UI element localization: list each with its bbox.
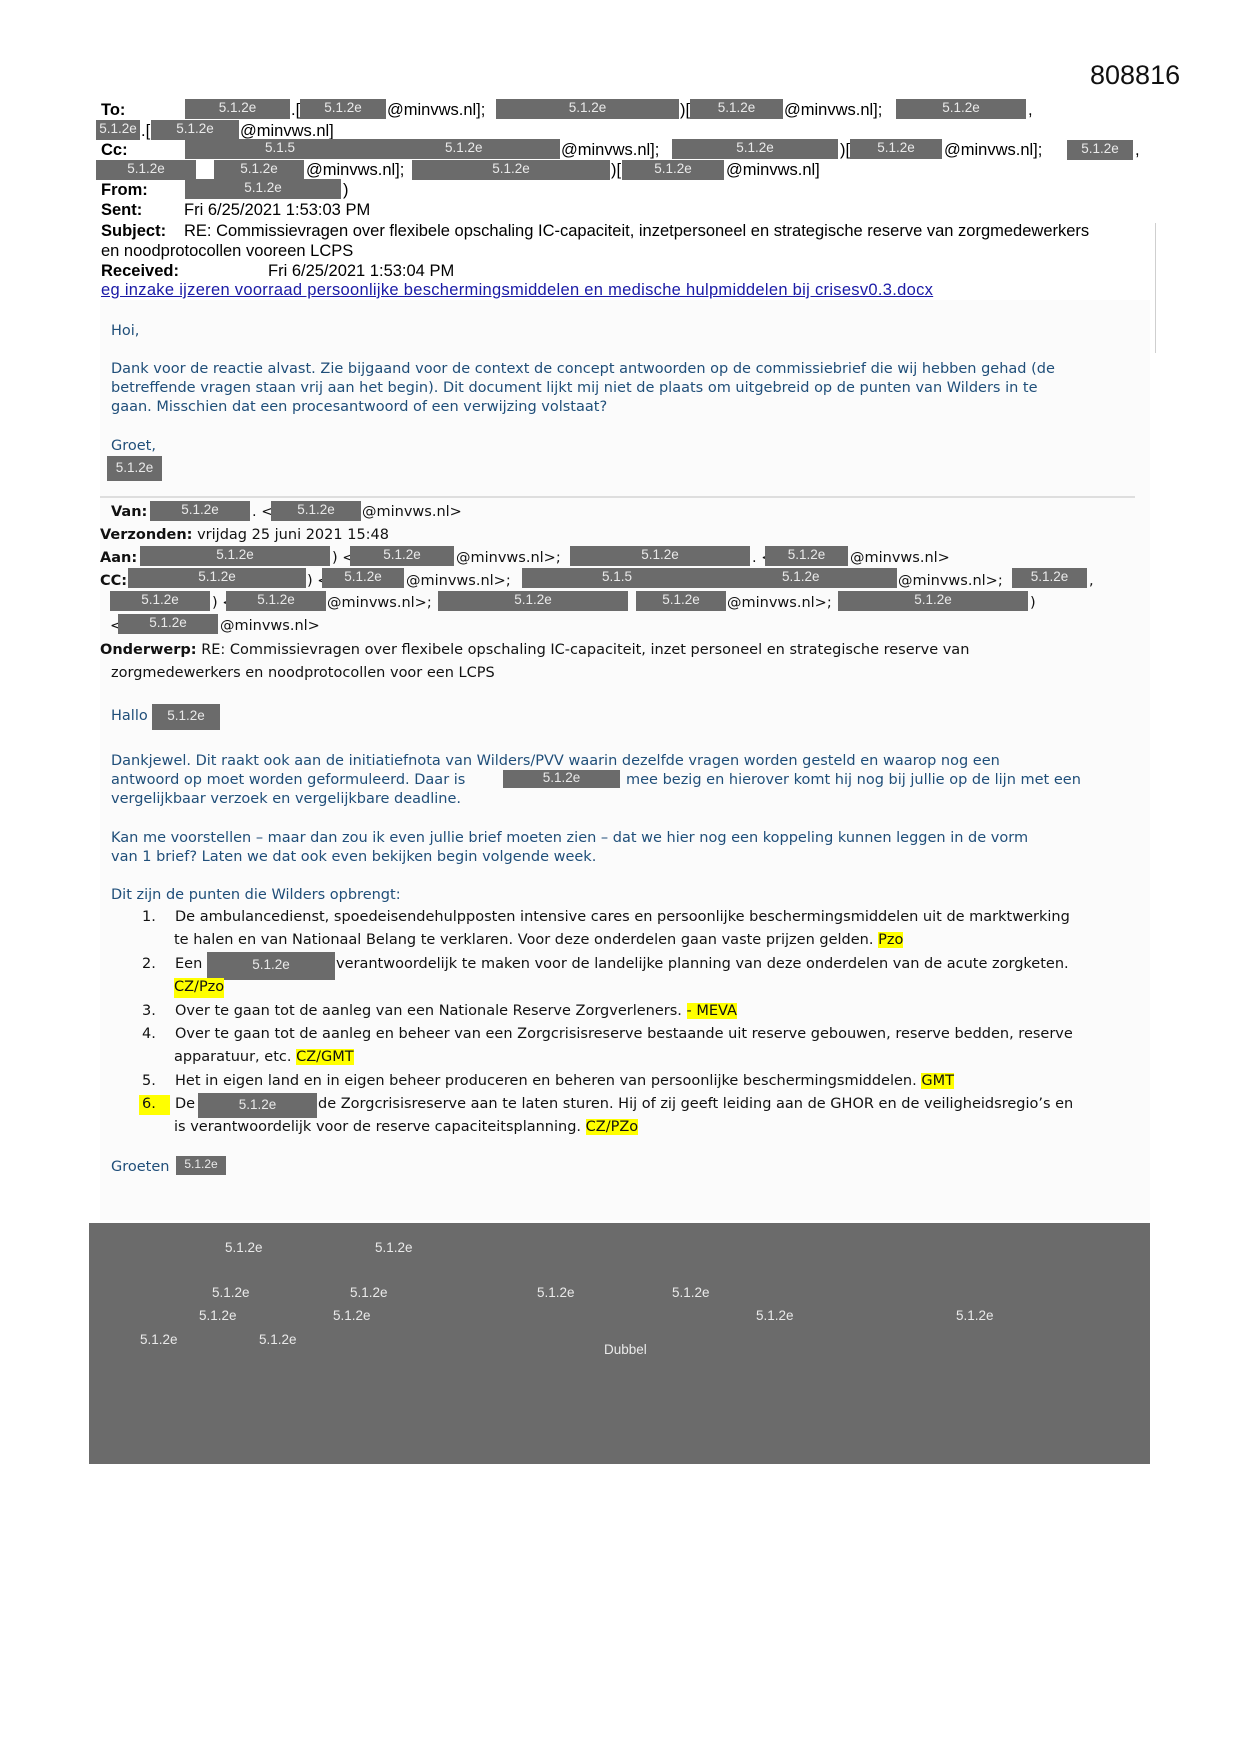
email-suffix: @minvws.nl] [240, 121, 334, 141]
email-suffix: @minvws.nl]; [561, 140, 659, 160]
email-suffix: @minvws.nl>; [727, 594, 832, 614]
van-label: Van: [111, 504, 147, 520]
assignment-tag: GMT [921, 1073, 954, 1089]
paragraph-line: gaan. Misschien dat een procesantwoord o… [111, 398, 607, 418]
list-item: is verantwoordelijk voor de reserve capa… [174, 1118, 638, 1138]
onderwerp-line-2: zorgmedewerkers en noodprotocollen voor … [111, 664, 495, 684]
redaction-label: 5.1.2e [259, 1332, 297, 1347]
email-suffix: @minvws.nl>; [406, 572, 511, 592]
list-item-line: De [175, 1095, 195, 1115]
sent-label: Sent: [101, 201, 142, 219]
email-suffix: @minvws.nl>; [327, 594, 432, 614]
redaction-label: 5.1.2e [537, 1285, 575, 1300]
verzonden-value: vrijdag 25 juni 2021 15:48 [197, 527, 389, 543]
redaction: 5.1.55.1.2e [522, 568, 897, 588]
list-item: apparatuur, etc. CZ/GMT [174, 1048, 354, 1068]
redaction: 5.1.2e [226, 591, 326, 611]
redaction: 5.1.2e [128, 568, 306, 588]
redaction: 5.1.2e [110, 591, 210, 611]
redaction: 5.1.2e [152, 704, 220, 730]
paragraph-line: van 1 brief? Laten we dat ook even bekij… [111, 848, 596, 868]
paragraph-line: vergelijkbaar verzoek en vergelijkbare d… [111, 790, 461, 810]
dubbel-label: Dubbel [604, 1342, 647, 1357]
list-number: 3. [142, 1002, 156, 1022]
from-label: From: [101, 181, 148, 199]
redaction: 5.1.2e [438, 591, 628, 611]
redaction-label: 5.1.2e [225, 1240, 263, 1255]
redaction: 5.1.2e [570, 546, 750, 566]
redaction: 5.1.2e [198, 1093, 317, 1118]
email-suffix: @minvws.nl> [850, 549, 950, 569]
paragraph-line: Kan me voorstellen – maar dan zou ik eve… [111, 829, 1028, 849]
email-suffix: @minvws.nl]; [784, 100, 882, 120]
redaction: 5.1.2e [96, 120, 140, 140]
paragraph-line: mee bezig en hierover komt hij nog bij j… [626, 771, 1081, 791]
paragraph-line: antwoord op moet worden geformuleerd. Da… [111, 771, 465, 791]
aan-label: Aan: [100, 550, 137, 566]
redaction: 5.1.2e [496, 99, 679, 119]
assignment-tag: CZ/GMT [296, 1049, 354, 1065]
cc-label: CC: [100, 573, 127, 589]
message-separator [100, 496, 1135, 498]
redaction: 5.1.2e [150, 501, 250, 521]
redaction: 5.1.2e [622, 160, 724, 180]
redaction: 5.1.2e [838, 591, 1028, 611]
received-value: Fri 6/25/2021 1:53:04 PM [268, 261, 454, 281]
redaction-label: 5.1.2e [672, 1285, 710, 1300]
redaction: 5.1.2e [636, 591, 726, 611]
to-row: To: [101, 100, 125, 120]
onderwerp-label: Onderwerp: [100, 642, 197, 658]
paragraph-line: betreffende vragen staan vrij aan het be… [111, 379, 1038, 399]
closing: Groet, [111, 437, 156, 457]
list-intro: Dit zijn de punten die Wilders opbrengt: [111, 886, 401, 906]
list-item: Over te gaan tot de aanleg van een Natio… [175, 1002, 737, 1022]
redaction-label: 5.1.2e [756, 1308, 794, 1323]
redaction: 5.1.2e [176, 1156, 226, 1175]
list-item-line: Over te gaan tot de aanleg en beheer van… [175, 1025, 1073, 1045]
email-suffix: @minvws.nl> [362, 503, 462, 523]
divider [1155, 223, 1156, 353]
signature-redaction: 5.1.2e [107, 456, 162, 481]
email-suffix: @minvws.nl> [220, 617, 320, 637]
cc-label: Cc: [101, 141, 128, 159]
document-id: 808816 [1090, 60, 1180, 91]
assignment-tag: Pzo [878, 932, 903, 948]
redaction: 5.1.2e [850, 139, 942, 159]
list-item: Het in eigen land en in eigen beheer pro… [175, 1072, 954, 1092]
email-suffix: @minvws.nl>; [456, 549, 561, 569]
redaction: 5.1.2e [151, 120, 239, 140]
redaction: 5.1.2e [214, 160, 304, 180]
paragraph-line: Dank voor de reactie alvast. Zie bijgaan… [111, 360, 1055, 380]
redaction: 5.1.2e [350, 546, 454, 566]
list-number: 4. [142, 1025, 156, 1045]
to-label: To: [101, 101, 125, 119]
sent-value: Fri 6/25/2021 1:53:03 PM [184, 200, 370, 220]
redaction: 5.1.2e [1067, 140, 1133, 160]
assignment-tag: CZ/Pzo [174, 978, 224, 998]
email-suffix: @minvws.nl]; [944, 140, 1042, 160]
list-number: 5. [142, 1072, 156, 1092]
email-suffix: @minvws.nl]; [387, 100, 485, 120]
redaction-label: 5.1.2e [333, 1308, 371, 1323]
redaction: 5.1.55.1.2e [185, 139, 560, 159]
subject-line-1: RE: Commissievragen over flexibele opsch… [184, 221, 1089, 241]
redaction: 5.1.2e [118, 614, 218, 634]
redaction-label: 5.1.2e [350, 1285, 388, 1300]
subject-label: Subject: [101, 222, 166, 240]
redaction: 5.1.2e [271, 501, 361, 521]
redaction: 5.1.2e [896, 99, 1026, 119]
redaction: 5.1.2e [96, 160, 196, 180]
redaction: 5.1.2e [765, 546, 848, 566]
redaction-label: 5.1.2e [140, 1332, 178, 1347]
redaction-label: 5.1.2e [199, 1308, 237, 1323]
email-suffix: @minvws.nl]; [306, 160, 404, 180]
greeting: Hoi, [111, 322, 139, 342]
email-suffix: @minvws.nl>; [898, 572, 1003, 592]
redaction-label: 5.1.2e [212, 1285, 250, 1300]
redaction-label: 5.1.2e [375, 1240, 413, 1255]
list-number: 6. [139, 1095, 170, 1115]
redacted-signature-block: 5.1.2e 5.1.2e 5.1.2e 5.1.2e 5.1.2e 5.1.2… [89, 1223, 1150, 1464]
redaction: 5.1.2e [322, 568, 404, 588]
greeting: Hallo [111, 707, 148, 727]
received-label: Received: [101, 262, 179, 280]
closing: Groeten [111, 1158, 169, 1178]
verzonden-label: Verzonden: [100, 527, 192, 543]
redaction: 5.1.2e [185, 99, 290, 119]
redaction: 5.1.2e [185, 179, 341, 199]
redaction: 5.1.2e [207, 952, 335, 980]
list-number: 1. [142, 908, 156, 928]
redaction: 5.1.2e [503, 770, 620, 788]
redaction: 5.1.2e [140, 546, 330, 566]
list-item-line: verantwoordelijk te maken voor de landel… [336, 955, 1069, 975]
assignment-tag: CZ/PZo [586, 1119, 639, 1135]
redaction: 5.1.2e [672, 139, 838, 159]
redaction: 5.1.2e [690, 99, 783, 119]
email-suffix: @minvws.nl] [726, 160, 820, 180]
redaction-label: 5.1.2e [956, 1308, 994, 1323]
list-item: te halen en van Nationaal Belang te verk… [174, 931, 903, 951]
redaction: 5.1.2e [412, 160, 610, 180]
list-item-line: de Zorgcrisisreserve aan te laten sturen… [318, 1095, 1073, 1115]
redaction: 5.1.2e [1012, 568, 1087, 588]
list-item-line: Een [175, 955, 202, 975]
redaction: 5.1.2e [300, 99, 386, 119]
assignment-tag: - MEVA [687, 1003, 737, 1019]
list-item-line: De ambulancedienst, spoedeisendehulppost… [175, 908, 1070, 928]
paragraph-line: Dankjewel. Dit raakt ook aan de initiati… [111, 752, 1000, 772]
list-number: 2. [142, 955, 156, 975]
onderwerp-line-1: RE: Commissievragen over flexibele opsch… [201, 642, 969, 658]
subject-line-2: en noodprotocollen vooreen LCPS [101, 241, 353, 261]
attachment-link[interactable]: eg inzake ijzeren voorraad persoonlijke … [101, 281, 933, 300]
